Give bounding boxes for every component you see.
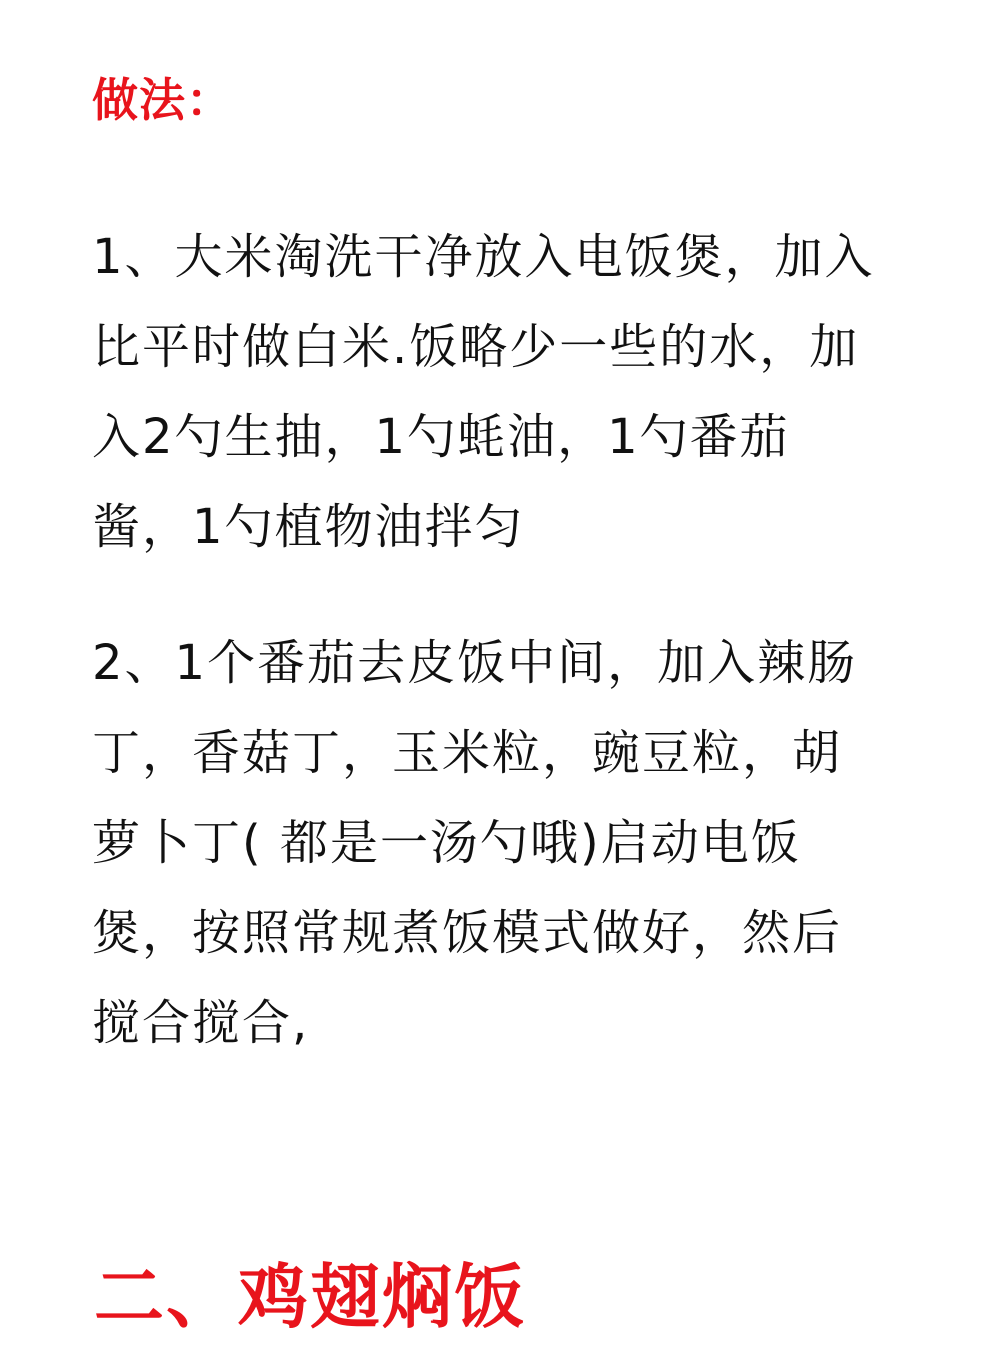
step-text-line: 酱，1勺植物油拌匀: [92, 482, 932, 572]
recipe-page: 做法： 1、大米淘洗干净放入电饭煲，加入 比平时做白米.饭略少一些的水，加 入2…: [0, 0, 996, 1356]
step-text-line: 1、大米淘洗干净放入电饭煲，加入: [92, 212, 932, 302]
step-text-line: 比平时做白米.饭略少一些的水，加: [92, 302, 932, 392]
recipe-step-2: 2、1个番茄去皮饭中间，加入辣肠 丁，香菇丁，玉米粒，豌豆粒，胡 萝卜丁( 都是…: [92, 618, 932, 1068]
step-text-line: 丁，香菇丁，玉米粒，豌豆粒，胡: [92, 708, 932, 798]
step-text-line: 入2勺生抽，1勺蚝油，1勺番茄: [92, 392, 932, 482]
step-text-line: 萝卜丁( 都是一汤勺哦)启动电饭: [92, 798, 932, 888]
recipe-step-1: 1、大米淘洗干净放入电饭煲，加入 比平时做白米.饭略少一些的水，加 入2勺生抽，…: [92, 212, 932, 572]
step-text-line: 2、1个番茄去皮饭中间，加入辣肠: [92, 618, 932, 708]
method-heading: 做法：: [92, 70, 233, 130]
step-text-line: 搅合搅合,: [92, 978, 932, 1068]
section-heading-chicken-wing-rice: 二、鸡翅焖饭: [94, 1252, 526, 1342]
step-text-line: 煲，按照常规煮饭模式做好，然后: [92, 888, 932, 978]
